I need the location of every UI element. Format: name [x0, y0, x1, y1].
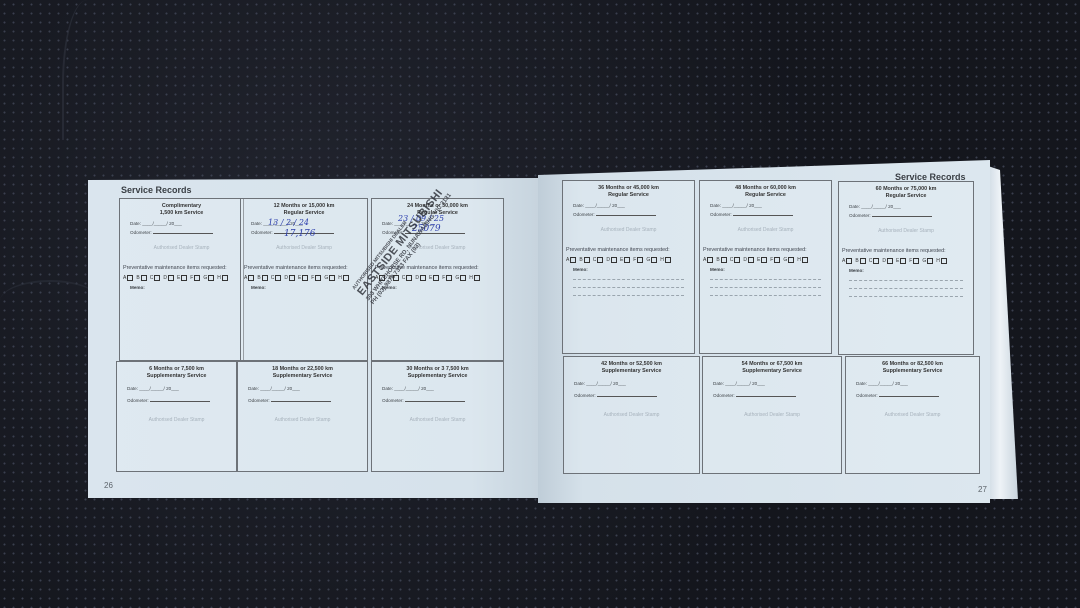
checkbox[interactable] [846, 258, 852, 264]
checkbox[interactable] [474, 275, 480, 281]
memo-line [849, 296, 963, 297]
checkbox[interactable] [624, 257, 630, 263]
odometer-label: Odometer: [710, 212, 732, 217]
date-blank: ____/_____/ 20___ [585, 203, 625, 208]
memo-line [849, 280, 963, 281]
checkbox[interactable] [446, 275, 452, 281]
service-record-box: 18 Months or 22,500 km Supplementary Ser… [237, 361, 368, 472]
check-letter: A [566, 257, 569, 263]
checkbox[interactable] [420, 275, 426, 281]
service-interval: 60 Months or 75,000 km [876, 186, 937, 192]
checkbox[interactable] [570, 257, 576, 263]
service-interval: 12 Months or 15,000 km [274, 203, 335, 209]
checkbox[interactable] [927, 258, 933, 264]
memo-line [849, 288, 963, 289]
date-field[interactable]: Date: ____/_____/ 20___ [382, 386, 503, 391]
checkbox[interactable] [315, 275, 321, 281]
check-letter: H [217, 275, 221, 281]
service-interval: 36 Months or 45,000 km [598, 185, 659, 191]
handwritten-date: 13 / 2 / 24 [268, 218, 309, 227]
page-number: 26 [104, 481, 113, 490]
service-interval: 48 Months or 60,000 km [735, 185, 796, 191]
service-interval: Complimentary [162, 203, 201, 209]
date-field[interactable]: Date: ____/_____/ 20___ [856, 381, 979, 386]
service-heading: 48 Months or 60,000 km Regular Service [700, 185, 831, 199]
odometer-field[interactable]: Odometer: [573, 212, 694, 217]
check-letter: A [123, 275, 126, 281]
checkbox[interactable] [734, 257, 740, 263]
date-field[interactable]: Date: ____/_____/ 20___ [573, 203, 694, 208]
date-label: Date: [382, 386, 393, 391]
date-label: Date: [849, 204, 860, 209]
checkbox[interactable] [208, 275, 214, 281]
check-letter: H [660, 257, 664, 263]
date-field[interactable]: Date: ____/_____/ 20___ [710, 203, 831, 208]
maintenance-label: Preventative maintenance items requested… [244, 265, 367, 271]
checkbox[interactable] [887, 258, 893, 264]
stamp-area: Authorised Dealer Stamp [238, 417, 367, 423]
check-letter: F [633, 257, 636, 263]
service-record-box: 54 Months or 67,500 km Supplementary Ser… [702, 356, 842, 474]
checkbox[interactable] [597, 257, 603, 263]
odometer-label: Odometer: [573, 212, 595, 217]
date-field[interactable]: Date: ____/_____/ 20___ [713, 381, 841, 386]
checkbox[interactable] [329, 275, 335, 281]
odometer-label: Odometer: [856, 393, 878, 398]
checkbox[interactable] [222, 275, 228, 281]
checkbox[interactable] [611, 257, 617, 263]
maintenance-checkboxes: ABCDEFGH [123, 275, 243, 281]
service-type: Supplementary Service [703, 368, 841, 375]
checkbox[interactable] [748, 257, 754, 263]
checkbox[interactable] [707, 257, 713, 263]
checkbox[interactable] [262, 275, 268, 281]
memo-line [710, 279, 821, 280]
service-type: Supplementary Service [117, 373, 236, 380]
service-booklet: Service Records 26 Complimentary 1,500 k… [0, 0, 1080, 608]
checkbox[interactable] [406, 275, 412, 281]
checkbox[interactable] [248, 275, 254, 281]
memo-line [573, 287, 684, 288]
check-letter: D [743, 257, 747, 263]
odometer-field[interactable]: Odometer: [856, 393, 979, 398]
odometer-label: Odometer: [127, 398, 149, 403]
checkbox[interactable] [141, 275, 147, 281]
maintenance-checkboxes: ABCDEFGH [703, 257, 831, 263]
check-letter: C [402, 275, 406, 281]
check-letter: G [646, 257, 650, 263]
check-letter: H [338, 275, 342, 281]
maintenance-checkboxes: ABCDEFGH [842, 258, 973, 264]
checkbox[interactable] [873, 258, 879, 264]
memo-label: Memo: [849, 268, 973, 273]
date-label: Date: [573, 203, 584, 208]
service-interval: 42 Months or 52,500 km [601, 361, 662, 367]
check-letter: B [136, 275, 139, 281]
date-label: Date: [130, 221, 141, 226]
date-label: Date: [710, 203, 721, 208]
check-letter: F [190, 275, 193, 281]
service-interval: 66 Months or 82,500 km [882, 361, 943, 367]
check-letter: B [855, 258, 858, 264]
checkbox[interactable] [460, 275, 466, 281]
date-blank: ____/_____/ 20___ [586, 381, 626, 386]
service-type: 1,500 km Service [120, 210, 243, 217]
odometer-field[interactable]: Odometer: [574, 393, 699, 398]
check-letter: C [869, 258, 873, 264]
date-field[interactable]: Date: ____/_____/ 20___ [849, 204, 973, 209]
service-type: Regular Service [563, 192, 694, 199]
checkbox[interactable] [168, 275, 174, 281]
maintenance-checkboxes: ABCDEFGH [566, 257, 694, 263]
service-interval: 18 Months or 22,500 km [272, 366, 333, 372]
check-letter: F [311, 275, 314, 281]
service-type: Regular Service [839, 193, 973, 200]
check-letter: D [606, 257, 610, 263]
check-letter: C [730, 257, 734, 263]
service-heading: 18 Months or 22,500 km Supplementary Ser… [238, 366, 367, 380]
service-heading: 12 Months or 15,000 km Regular Service [241, 203, 367, 217]
checkbox[interactable] [941, 258, 947, 264]
service-type: Supplementary Service [846, 368, 979, 375]
checkbox[interactable] [584, 257, 590, 263]
stamp-area: Authorised Dealer Stamp [700, 227, 831, 233]
maintenance-label: Preventative maintenance items requested… [123, 265, 243, 271]
page-number: 27 [978, 485, 987, 494]
odometer-field[interactable]: Odometer: [382, 398, 503, 403]
checkbox[interactable] [275, 275, 281, 281]
date-label: Date: [251, 221, 262, 226]
date-field[interactable]: Date: ____/_____/ 20___ [130, 221, 243, 226]
date-label: Date: [713, 381, 724, 386]
checkbox[interactable] [343, 275, 349, 281]
service-interval: 6 Months or 7,500 km [149, 366, 204, 372]
date-label: Date: [856, 381, 867, 386]
date-blank: ____/_____/ 20___ [260, 386, 300, 391]
check-letter: A [842, 258, 845, 264]
memo-line [573, 295, 684, 296]
service-interval: 30 Months or 3 7,500 km [406, 366, 468, 372]
checkbox[interactable] [302, 275, 308, 281]
memo-label: Memo: [573, 267, 694, 272]
date-label: Date: [248, 386, 259, 391]
date-blank: ____/_____/ 20___ [722, 203, 762, 208]
checkbox[interactable] [900, 258, 906, 264]
check-letter: E [757, 257, 760, 263]
odometer-label: Odometer: [382, 398, 404, 403]
checkbox[interactable] [761, 257, 767, 263]
date-label: Date: [382, 221, 393, 226]
check-letter: G [203, 275, 207, 281]
check-letter: F [770, 257, 773, 263]
odometer-field[interactable]: Odometer: [248, 398, 367, 403]
odometer-label: Odometer: [849, 213, 871, 218]
service-type: Supplementary Service [564, 368, 699, 375]
check-letter: G [783, 257, 787, 263]
check-letter: E [896, 258, 899, 264]
checkbox[interactable] [433, 275, 439, 281]
service-type: Regular Service [700, 192, 831, 199]
check-letter: G [324, 275, 328, 281]
checkbox[interactable] [651, 257, 657, 263]
odometer-field[interactable]: Odometer: [713, 393, 841, 398]
memo-label: Memo: [251, 285, 367, 290]
check-letter: B [716, 257, 719, 263]
stamp-area: Authorised Dealer Stamp [839, 228, 973, 234]
service-heading: 30 Months or 3 7,500 km Supplementary Se… [372, 366, 503, 380]
date-field[interactable]: Date: ____/_____/ 20___ [248, 386, 367, 391]
date-blank: ____/_____/ 20___ [139, 386, 179, 391]
handwritten-odometer: 17,176 [284, 229, 316, 239]
checkbox[interactable] [127, 275, 133, 281]
date-field[interactable]: Date: ____/_____/ 20___ [574, 381, 699, 386]
page-stack-edge [988, 166, 1018, 499]
stamp-area: Authorised Dealer Stamp [703, 412, 841, 418]
service-heading: 54 Months or 67,500 km Supplementary Ser… [703, 361, 841, 375]
service-type: Supplementary Service [372, 373, 503, 380]
stamp-area: Authorised Dealer Stamp [120, 245, 243, 251]
date-label: Date: [574, 381, 585, 386]
check-letter: E [429, 275, 432, 281]
service-heading: 36 Months or 45,000 km Regular Service [563, 185, 694, 199]
check-letter: A [244, 275, 247, 281]
service-record-box: 36 Months or 45,000 km Regular Service D… [562, 180, 695, 354]
date-blank: ____/_____/ 20___ [868, 381, 908, 386]
stamp-area: Authorised Dealer Stamp [846, 412, 979, 418]
maintenance-label: Preventative maintenance items requested… [842, 248, 973, 254]
memo-label: Memo: [710, 267, 831, 272]
service-record-box: 30 Months or 3 7,500 km Supplementary Se… [371, 361, 504, 472]
check-letter: A [703, 257, 706, 263]
check-letter: E [177, 275, 180, 281]
check-letter: F [909, 258, 912, 264]
checkbox[interactable] [721, 257, 727, 263]
odometer-field[interactable]: Odometer: [710, 212, 831, 217]
date-blank: ____/_____/ 20___ [861, 204, 901, 209]
service-interval: 54 Months or 67,500 km [742, 361, 803, 367]
service-heading: 60 Months or 75,000 km Regular Service [839, 186, 973, 200]
checkbox[interactable] [860, 258, 866, 264]
check-letter: H [469, 275, 473, 281]
checkbox[interactable] [181, 275, 187, 281]
checkbox[interactable] [154, 275, 160, 281]
odometer-label: Odometer: [251, 230, 273, 235]
check-letter: H [936, 258, 940, 264]
check-letter: E [298, 275, 301, 281]
service-record-box: 66 Months or 82,500 km Supplementary Ser… [845, 356, 980, 474]
odometer-field[interactable]: Odometer: [130, 230, 243, 235]
maintenance-label: Preventative maintenance items requested… [566, 247, 694, 253]
checkbox[interactable] [774, 257, 780, 263]
service-record-box: 42 Months or 52,500 km Supplementary Ser… [563, 356, 700, 474]
odometer-label: Odometer: [574, 393, 596, 398]
check-letter: D [882, 258, 886, 264]
page-title: Service Records [121, 185, 192, 195]
date-label: Date: [127, 386, 138, 391]
odometer-field[interactable]: Odometer: [127, 398, 236, 403]
service-heading: 66 Months or 82,500 km Supplementary Ser… [846, 361, 979, 375]
maintenance-checkboxes: ABCDEFGH [244, 275, 367, 281]
check-letter: C [271, 275, 275, 281]
memo-line [710, 295, 821, 296]
date-blank: ____/_____/ 20___ [142, 221, 182, 226]
check-letter: F [442, 275, 445, 281]
check-letter: B [257, 275, 260, 281]
checkbox[interactable] [802, 257, 808, 263]
memo-label: Memo: [382, 285, 503, 290]
check-letter: B [579, 257, 582, 263]
checkbox[interactable] [665, 257, 671, 263]
check-letter: C [150, 275, 154, 281]
service-heading: 42 Months or 52,500 km Supplementary Ser… [564, 361, 699, 375]
check-letter: D [284, 275, 288, 281]
date-blank: ____/_____/ 20___ [394, 386, 434, 391]
odometer-label: Odometer: [130, 230, 152, 235]
stamp-area: Authorised Dealer Stamp [563, 227, 694, 233]
memo-line [573, 279, 684, 280]
check-letter: G [455, 275, 459, 281]
service-record-box: 6 Months or 7,500 km Supplementary Servi… [116, 361, 237, 472]
memo-label: Memo: [130, 285, 243, 290]
maintenance-label: Preventative maintenance items requested… [703, 247, 831, 253]
memo-line [710, 287, 821, 288]
stamp-area: Authorised Dealer Stamp [564, 412, 699, 418]
checkbox[interactable] [289, 275, 295, 281]
check-letter: C [593, 257, 597, 263]
check-letter: E [620, 257, 623, 263]
check-letter: H [797, 257, 801, 263]
date-blank: ____/_____/ 20___ [725, 381, 765, 386]
odometer-label: Odometer: [248, 398, 270, 403]
service-type: Supplementary Service [238, 373, 367, 380]
service-type: Regular Service [241, 210, 367, 217]
date-field[interactable]: Date: ____/_____/ 20___ [127, 386, 236, 391]
checkbox[interactable] [913, 258, 919, 264]
stamp-area: Authorised Dealer Stamp [372, 417, 503, 423]
service-record-box: 60 Months or 75,000 km Regular Service D… [838, 181, 974, 355]
service-heading: Complimentary 1,500 km Service [120, 203, 243, 217]
checkbox[interactable] [194, 275, 200, 281]
odometer-label: Odometer: [713, 393, 735, 398]
check-letter: D [415, 275, 419, 281]
checkbox[interactable] [637, 257, 643, 263]
odometer-field[interactable]: Odometer: [849, 213, 973, 218]
service-heading: 6 Months or 7,500 km Supplementary Servi… [117, 366, 236, 380]
stamp-area: Authorised Dealer Stamp [117, 417, 236, 423]
check-letter: D [163, 275, 167, 281]
stamp-area: Authorised Dealer Stamp [241, 245, 367, 251]
checkbox[interactable] [788, 257, 794, 263]
service-record-box: 48 Months or 60,000 km Regular Service D… [699, 180, 832, 354]
service-record-box: Complimentary 1,500 km Service Date: ___… [119, 198, 244, 361]
check-letter: G [922, 258, 926, 264]
